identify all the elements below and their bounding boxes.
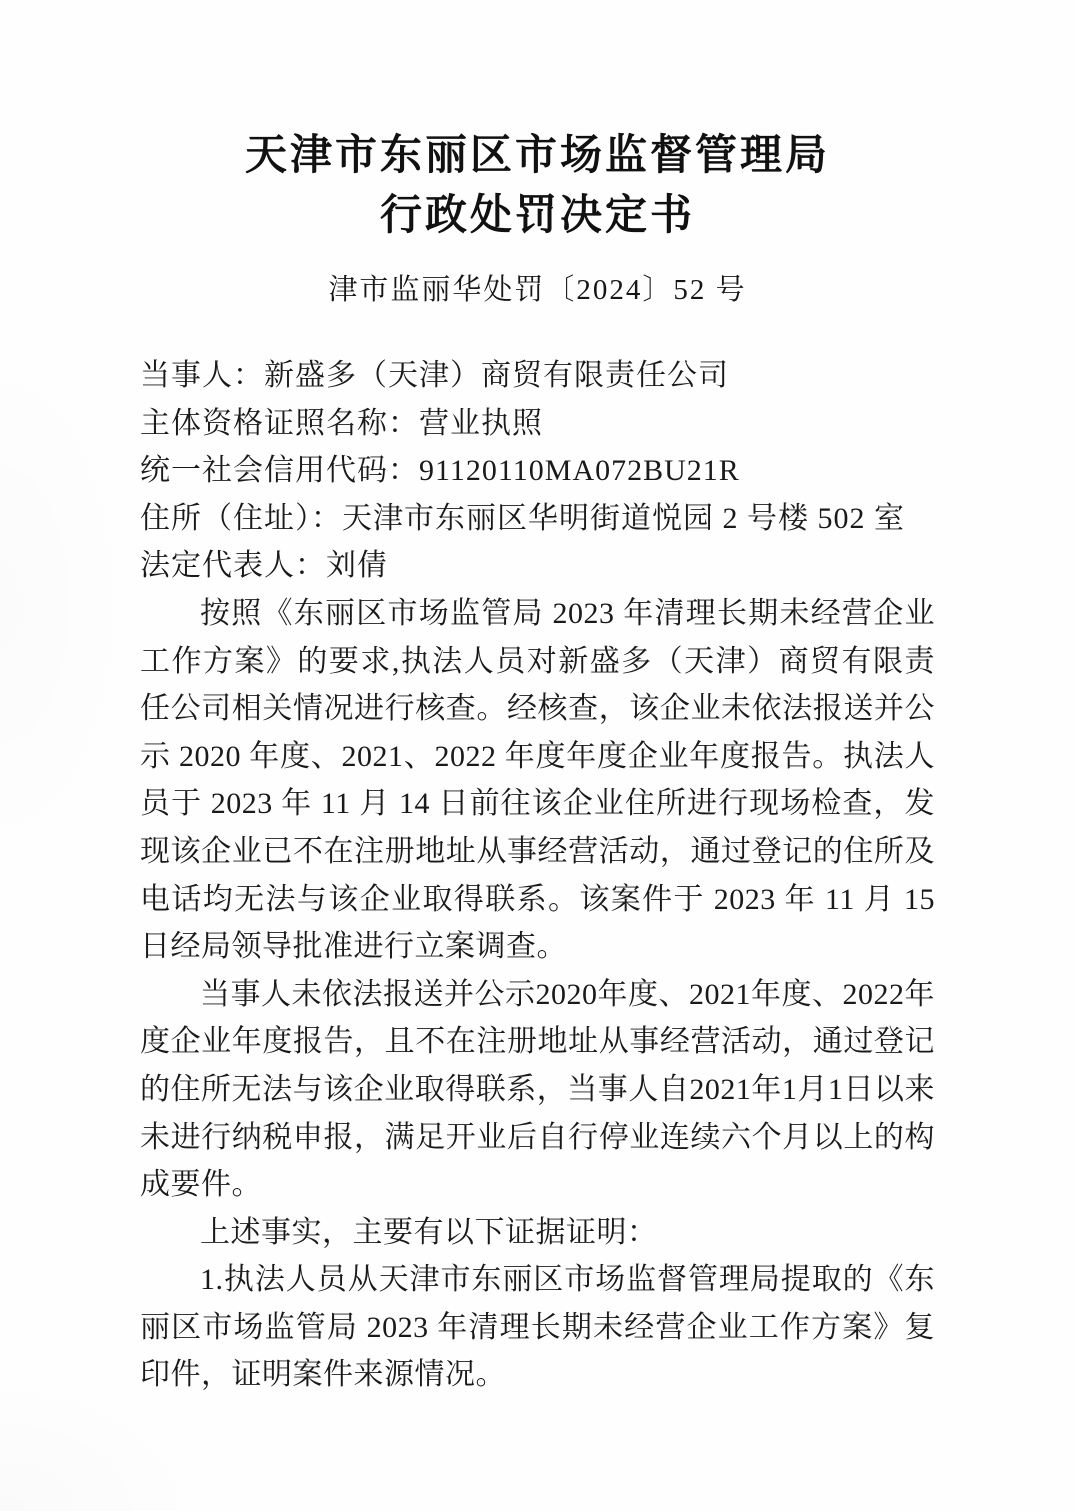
document-body: 当事人：新盛多（天津）商贸有限责任公司 主体资格证照名称：营业执照 统一社会信用… [140,352,935,1399]
document-title-line2: 行政处罚决定书 [0,186,1075,246]
paragraph-violation-elements: 当事人未依法报送并公示2020年度、2021年度、2022年度企业年度报告，且不… [140,971,935,1209]
scanned-document-page: 天津市东丽区市场监督管理局 行政处罚决定书 津市监丽华处罚〔2024〕52 号 … [0,0,1075,1511]
license-name-field: 主体资格证照名称：营业执照 [140,400,935,448]
paragraph-inspection-findings: 按照《东丽区市场监管局 2023 年清理长期未经营企业工作方案》的要求,执法人员… [140,590,935,971]
party-field: 当事人：新盛多（天津）商贸有限责任公司 [140,352,935,400]
address-field: 住所（住址）：天津市东丽区华明街道悦园 2 号楼 502 室 [140,495,935,543]
document-title: 天津市东丽区市场监督管理局 行政处罚决定书 [0,126,1075,246]
paragraph-evidence-item-1: 1.执法人员从天津市东丽区市场监督管理局提取的《东丽区市场监管局 2023 年清… [140,1256,935,1399]
document-number: 津市监丽华处罚〔2024〕52 号 [0,272,1075,308]
legal-representative-field: 法定代表人：刘倩 [140,542,935,590]
credit-code-field: 统一社会信用代码：91120110MA072BU21R [140,447,935,495]
document-title-line1: 天津市东丽区市场监督管理局 [0,126,1075,186]
paragraph-evidence-intro: 上述事实，主要有以下证据证明： [140,1209,935,1257]
